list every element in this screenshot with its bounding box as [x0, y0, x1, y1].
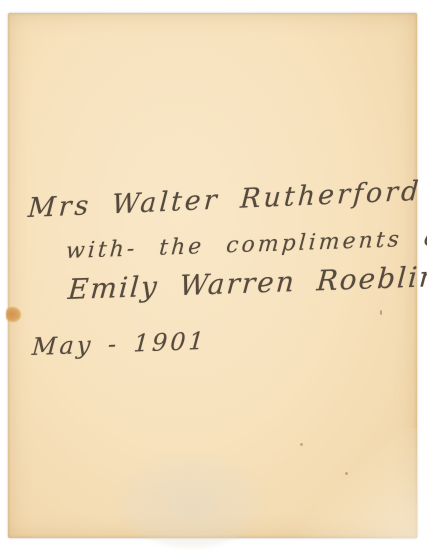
left-edge-stain — [6, 307, 21, 322]
inscription-line-signature: Emily Warren Roebling — [67, 259, 427, 306]
ink-speck — [380, 310, 382, 315]
fox-spot — [300, 443, 303, 446]
corner-highlight — [287, 428, 417, 538]
inscription-line-compliments: with- the compliments of — [65, 226, 427, 265]
fox-spot — [345, 472, 348, 475]
scanned-document-page: Mrs Walter Rutherford with- the complime… — [0, 0, 427, 550]
bottom-smudge — [116, 453, 266, 548]
aged-paper: Mrs Walter Rutherford with- the complime… — [8, 13, 417, 538]
inscription-line-recipient: Mrs Walter Rutherford — [27, 176, 422, 224]
inscription-date: May - 1901 — [31, 327, 208, 361]
